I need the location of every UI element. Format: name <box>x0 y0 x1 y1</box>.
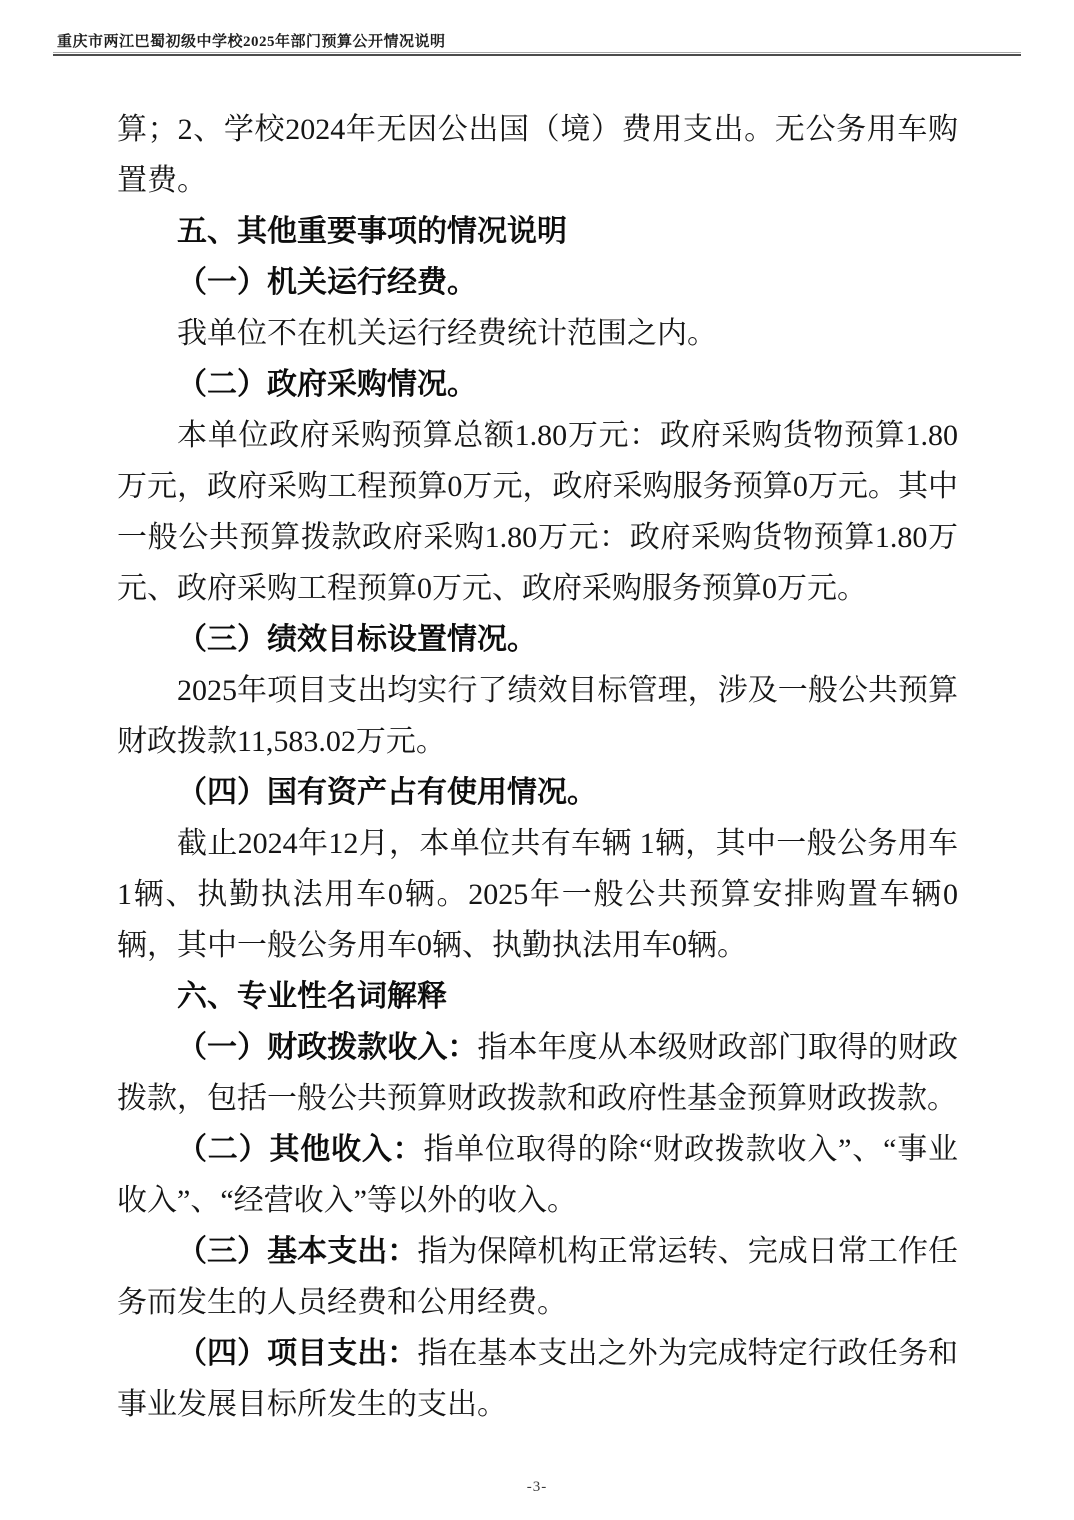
section6-term1-lead: （一）财政拨款收入： <box>177 1031 477 1064</box>
section6-term3-lead: （三）基本支出： <box>177 1235 417 1268</box>
section5-item2-text: 本单位政府采购预算总额1.80万元：政府采购货物预算1.80万元，政府采购工程预… <box>117 410 958 614</box>
section5-item3-text: 2025年项目支出均实行了绩效目标管理，涉及一般公共预算财政拨款11,583.0… <box>117 665 958 767</box>
paragraph-continuation: 算；2、学校2024年无因公出国（境）费用支出。无公务用车购置费。 <box>117 104 958 206</box>
document-page: 重庆市两江巴蜀初级中学校2025年部门预算公开情况说明 算；2、学校2024年无… <box>0 0 1074 1520</box>
section5-item4-text: 截止2024年12月，本单位共有车辆 1辆，其中一般公务用车1辆、执勤执法用车0… <box>117 818 958 971</box>
section6-term2: （二）其他收入：指单位取得的除“财政拨款收入”、“事业收入”、“经营收入”等以外… <box>117 1124 958 1226</box>
page-number: -3- <box>527 1479 548 1495</box>
section6-term3: （三）基本支出：指为保障机构正常运转、完成日常工作任务而发生的人员经费和公用经费… <box>117 1226 958 1328</box>
section6-term1: （一）财政拨款收入：指本年度从本级财政部门取得的财政拨款，包括一般公共预算财政拨… <box>117 1022 958 1124</box>
header-rule <box>53 52 1021 56</box>
section6-term4-lead: （四）项目支出： <box>177 1337 417 1370</box>
section5-item2-title: （二）政府采购情况。 <box>117 359 958 410</box>
document-body: 算；2、学校2024年无因公出国（境）费用支出。无公务用车购置费。 五、其他重要… <box>117 104 958 1430</box>
section5-item1-title: （一）机关运行经费。 <box>117 257 958 308</box>
page-footer: -3- <box>0 1479 1074 1496</box>
page-header-title: 重庆市两江巴蜀初级中学校2025年部门预算公开情况说明 <box>57 30 446 51</box>
section6-term2-lead: （二）其他收入： <box>177 1133 423 1166</box>
section5-item3-title: （三）绩效目标设置情况。 <box>117 614 958 665</box>
section5-item1-text: 我单位不在机关运行经费统计范围之内。 <box>117 308 958 359</box>
section5-heading: 五、其他重要事项的情况说明 <box>117 206 958 257</box>
section6-term4: （四）项目支出：指在基本支出之外为完成特定行政任务和事业发展目标所发生的支出。 <box>117 1328 958 1430</box>
section6-heading: 六、专业性名词解释 <box>117 971 958 1022</box>
section5-item4-title: （四）国有资产占有使用情况。 <box>117 767 958 818</box>
